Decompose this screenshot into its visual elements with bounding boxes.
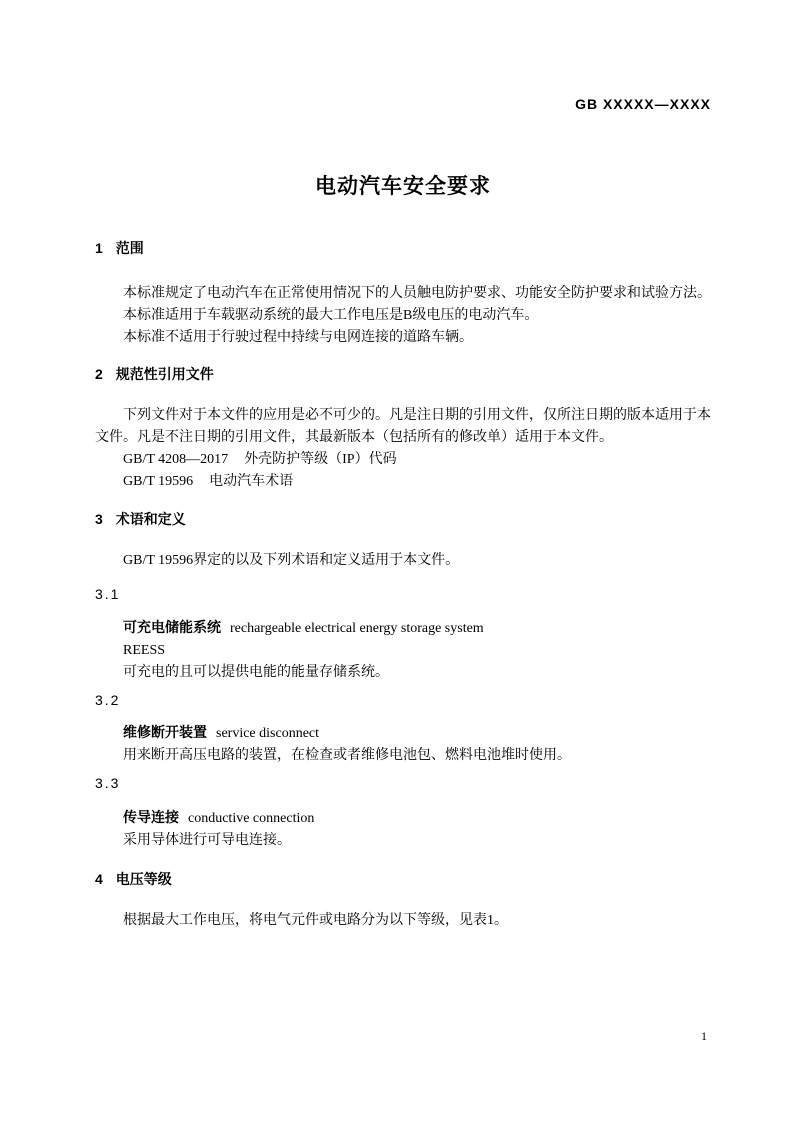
reference-title: 电动汽车术语	[209, 474, 293, 489]
clause-heading-label: 范围	[116, 240, 144, 256]
term-abbreviation: REESS	[95, 640, 711, 662]
voltage-class-paragraph: 根据最大工作电压，将电气元件或电路分为以下等级，见表1。	[95, 910, 711, 932]
clause-2-heading: 2规范性引用文件	[95, 367, 711, 382]
clause-heading-label: 术语和定义	[116, 511, 186, 527]
clause-number: 2	[95, 366, 103, 382]
term-number-3-2: 3.2	[95, 693, 711, 708]
term-definition-3-3: 采用导体进行可导电连接。	[95, 830, 711, 852]
term-en-label: conductive connection	[188, 811, 314, 826]
term-definition-3-1: 可充电的且可以提供电能的能量存储系统。	[95, 662, 711, 684]
term-title-3-3: 传导连接conductive connection	[95, 806, 711, 830]
clause-3-heading: 3术语和定义	[95, 512, 711, 527]
reference-code: GB/T 19596	[123, 474, 193, 489]
term-zh-label: 可充电储能系统	[123, 619, 221, 635]
reference-item-2: GB/T 19596电动汽车术语	[95, 471, 711, 493]
reference-item-1: GB/T 4208—2017外壳防护等级（IP）代码	[95, 449, 711, 471]
standard-code: GB XXXXX—XXXX	[95, 96, 711, 113]
document-page: GB XXXXX—XXXX 电动汽车安全要求 1范围 本标准规定了电动汽车在正常…	[0, 0, 793, 1122]
reference-code: GB/T 4208—2017	[123, 452, 228, 467]
scope-paragraph-3: 本标准不适用于行驶过程中持续与电网连接的道路车辆。	[95, 327, 711, 349]
term-definition-3-2: 用来断开高压电路的装置，在检查或者维修电池包、燃料电池堆时使用。	[95, 745, 711, 767]
reference-title: 外壳防护等级（IP）代码	[244, 452, 396, 467]
clause-number: 1	[95, 240, 103, 256]
clause-heading-label: 电压等级	[116, 871, 172, 887]
term-en-label: rechargeable electrical energy storage s…	[230, 621, 484, 636]
term-zh-label: 维修断开装置	[123, 724, 207, 740]
references-paragraph: 下列文件对于本文件的应用是必不可少的。凡是注日期的引用文件，仅所注日期的版本适用…	[95, 405, 711, 449]
term-number-3-3: 3.3	[95, 776, 711, 791]
clause-heading-label: 规范性引用文件	[116, 366, 214, 382]
term-zh-label: 传导连接	[123, 809, 179, 825]
scope-paragraph-1: 本标准规定了电动汽车在正常使用情况下的人员触电防护要求、功能安全防护要求和试验方…	[95, 283, 711, 305]
term-title-3-1: 可充电储能系统rechargeable electrical energy st…	[95, 616, 711, 640]
clause-number: 4	[95, 871, 103, 887]
page-title: 电动汽车安全要求	[95, 172, 711, 202]
page-number: 1	[701, 1028, 707, 1044]
term-title-3-2: 维修断开装置service disconnect	[95, 721, 711, 745]
term-en-label: service disconnect	[216, 726, 319, 741]
terms-intro-paragraph: GB/T 19596界定的以及下列术语和定义适用于本文件。	[95, 550, 711, 572]
clause-number: 3	[95, 511, 103, 527]
scope-paragraph-2: 本标准适用于车载驱动系统的最大工作电压是B级电压的电动汽车。	[95, 305, 711, 327]
term-number-3-1: 3.1	[95, 587, 711, 602]
clause-4-heading: 4电压等级	[95, 872, 711, 887]
clause-1-heading: 1范围	[95, 241, 711, 256]
